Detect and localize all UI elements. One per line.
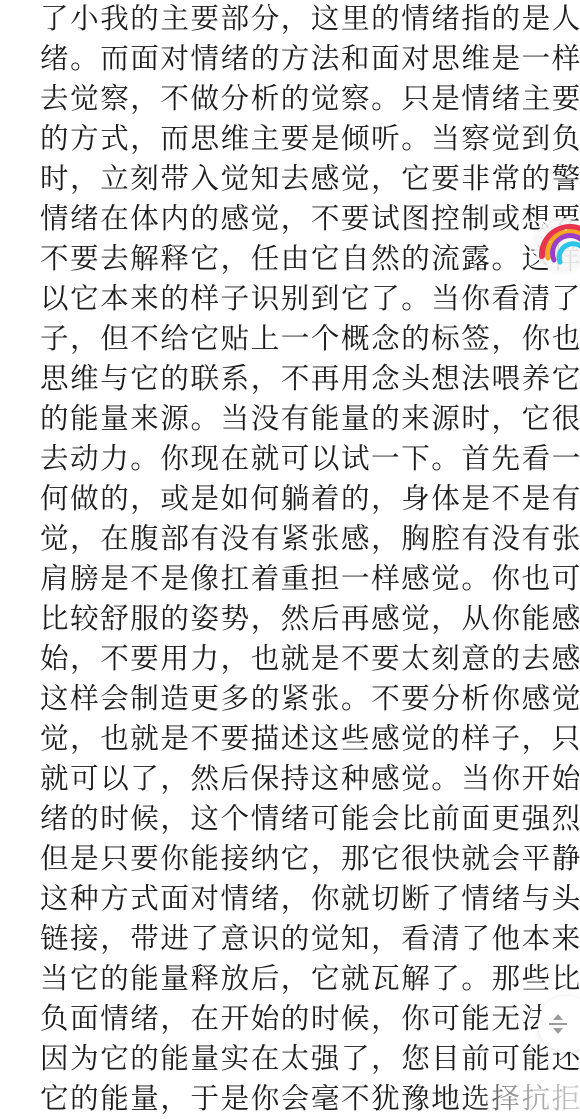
text-line: 这样会制造更多的紧张。不要分析你感觉到的感 (40, 680, 540, 720)
text-line: 它的能量，于是你会毫不犹豫地选择抗拒和逃避， (40, 1080, 540, 1119)
article-body: 了小我的主要部分，这里的情绪指的是人为的情 绪。而面对情绪的方法和面对思维是一样… (40, 0, 540, 1119)
text-line: 负面情绪，在开始的时候，你可能无法直接面对， (40, 1000, 540, 1040)
text-line: 了小我的主要部分，这里的情绪指的是人为的情 (40, 0, 540, 40)
text-line: 绪。而面对情绪的方法和面对思维是一样的，就是 (40, 40, 540, 80)
text-line: 思维与它的联系，不再用念头想法喂养它，断了它 (40, 360, 540, 400)
text-line: 的方式，而思维主要是倾听。当察觉到负面情绪 (40, 120, 540, 160)
text-line: 肩膀是不是像扛着重担一样感觉。你也可以换一个 (40, 560, 540, 600)
text-line: 时，立刻带入觉知去感觉，它要非常的警觉，感觉 (40, 160, 540, 200)
text-line: 链接，带进了意识的觉知，看清了他本来的样子。 (40, 920, 540, 960)
text-line: 就可以了，然后保持这种感觉。当你开始感觉到情 (40, 760, 540, 800)
text-line: 的能量来源。当没有能量的来源时，它很快就会失 (40, 400, 540, 440)
text-line: 绪的时候，这个情绪可能会比前面更强烈一点点， (40, 800, 540, 840)
text-line: 何做的，或是如何躺着的，身体是不是有紧绷的感 (40, 480, 540, 520)
text-line: 情绪在体内的感觉，不要试图控制或想要逃避，也 (40, 200, 540, 240)
scroll-up-down-icon (546, 1010, 570, 1038)
text-line: 不要去解释它，任由它自然的流露。这样你就可以 (40, 240, 540, 280)
text-line: 子，但不给它贴上一个概念的标签，你也就切断了 (40, 320, 540, 360)
text-line: 因为它的能量实在太强了，您目前可能还承受不住 (40, 1040, 540, 1080)
text-line: 觉，也就是不要描述这些感觉的样子，只是感觉到 (40, 720, 540, 760)
text-line: 觉，在腹部有没有紧张感，胸腔有没有张力，或者 (40, 520, 540, 560)
text-line: 当它的能量释放后，它就瓦解了。那些比较强烈的 (40, 960, 540, 1000)
text-line: 去觉察，不做分析的觉察。只是情绪主要是以感觉 (40, 80, 540, 120)
text-line: 比较舒服的姿势，然后再感觉，从你能感觉到的开 (40, 600, 540, 640)
text-line: 以它本来的样子识别到它了。当你看清了它的样 (40, 280, 540, 320)
text-line: 始，不要用力，也就是不要太刻意的去感觉，因为 (40, 640, 540, 680)
rainbow-sticker[interactable] (528, 212, 580, 274)
text-line: 这种方式面对情绪，你就切断了情绪与头脑思维的 (40, 880, 540, 920)
text-line: 但是只要你能接纳它，那它很快就会平静下来。以 (40, 840, 540, 880)
rainbow-icon (528, 212, 580, 274)
text-line: 去动力。你现在就可以试一下。首先看一下你是如 (40, 440, 540, 480)
